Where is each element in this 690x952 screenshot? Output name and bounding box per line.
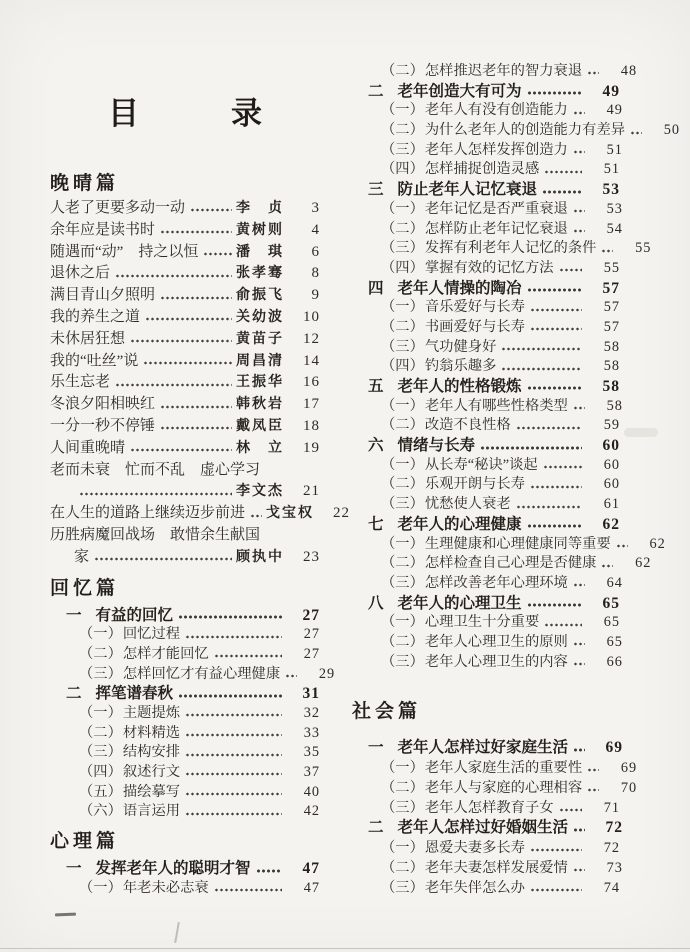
entry-number: （四） bbox=[381, 259, 424, 279]
entry-number: （二） bbox=[381, 633, 424, 653]
toc-entry: （三）怎样改善老年心理环境64 bbox=[352, 574, 620, 594]
entry-page: 57 bbox=[586, 279, 620, 299]
entry-number: （一） bbox=[381, 298, 424, 318]
toc-entry: 老而未衰 忙而不乱 虚心学习 bbox=[50, 460, 320, 482]
dot-leader bbox=[587, 764, 599, 776]
dot-leader bbox=[79, 488, 232, 500]
entry-number: （二） bbox=[381, 220, 424, 240]
entry-page: 53 bbox=[586, 180, 620, 200]
entry-author: 林 立 bbox=[236, 438, 284, 460]
entry-page: 59 bbox=[586, 416, 620, 436]
entry-page: 60 bbox=[586, 456, 620, 476]
dot-leader bbox=[530, 481, 582, 493]
entry-title: 一分一秒不停锤 bbox=[50, 416, 155, 438]
entry-title: 人间重晚晴 bbox=[50, 438, 125, 460]
entry-number: （二） bbox=[381, 62, 424, 82]
entry-page: 65 bbox=[586, 594, 620, 614]
dot-leader bbox=[530, 323, 582, 335]
entry-title: 发挥有利老年人记忆的条件 bbox=[425, 239, 597, 259]
entry-number: （三） bbox=[79, 743, 122, 763]
dot-leader bbox=[130, 444, 232, 456]
entry-number: 四 bbox=[368, 279, 384, 299]
entry-title: 气功健身好 bbox=[425, 338, 496, 358]
dot-leader bbox=[214, 884, 282, 896]
entry-page: 61 bbox=[586, 495, 620, 515]
entry-number: （二） bbox=[79, 645, 122, 665]
entry-title: 满目青山夕照明 bbox=[50, 285, 155, 307]
entry-number: 八 bbox=[368, 594, 384, 614]
toc-entry: （二）怎样检查自己心理是否健康62 bbox=[352, 554, 620, 574]
entry-title: 钓翁乐趣多 bbox=[425, 357, 496, 377]
entry-title: 家 bbox=[74, 547, 89, 569]
entry-title: 主题提炼 bbox=[123, 704, 180, 724]
entry-author: 俞振飞 bbox=[236, 285, 284, 307]
entry-author: 张孝骞 bbox=[236, 263, 284, 285]
entry-title: 怎样捕捉创造灵感 bbox=[425, 160, 539, 180]
dot-leader bbox=[185, 709, 282, 721]
dot-leader bbox=[573, 146, 585, 158]
entry-page: 69 bbox=[589, 738, 623, 758]
entry-title: 怎样推迟老年的智力衰退 bbox=[425, 62, 582, 82]
entry-page: 33 bbox=[286, 724, 320, 744]
entry-title: 老年人有没有创造能力 bbox=[425, 101, 568, 121]
dot-leader bbox=[160, 226, 232, 238]
toc-entry: （一）生理健康和心理健康同等重要62 bbox=[352, 535, 620, 555]
entry-page: 57 bbox=[586, 298, 620, 318]
scanned-page: 目 录 晚晴篇人老了更要多动一动李 贞3余年应是读书时黄树则4随遇而“动” 持之… bbox=[0, 0, 690, 952]
dot-leader bbox=[185, 729, 282, 741]
entry-author: 李文杰 bbox=[236, 481, 284, 503]
dot-leader bbox=[573, 579, 585, 591]
entry-page: 58 bbox=[589, 397, 623, 417]
scan-artifact-bottom-line bbox=[0, 948, 690, 949]
dot-leader bbox=[573, 824, 585, 836]
entry-page: 55 bbox=[617, 239, 651, 259]
entry-number: （三） bbox=[381, 574, 424, 594]
dot-leader bbox=[143, 357, 232, 369]
dot-leader bbox=[516, 422, 582, 434]
dot-leader bbox=[559, 264, 582, 276]
dot-leader bbox=[185, 768, 282, 780]
entry-number: （一） bbox=[381, 758, 424, 778]
entry-author: 戴凤臣 bbox=[236, 416, 284, 438]
entry-title: 掌握有效的记忆方法 bbox=[425, 259, 554, 279]
toc-entry: 人老了更要多动一动李 贞3 bbox=[50, 198, 320, 220]
toc-entry: （三）气功健身好58 bbox=[352, 338, 620, 358]
entry-title: 改造不良性格 bbox=[425, 416, 511, 436]
toc-entry: 在人生的道路上继续迈步前进戈宝权22 bbox=[50, 503, 320, 525]
entry-page: 6 bbox=[286, 242, 320, 264]
entry-title: 未休居狂想 bbox=[50, 329, 125, 351]
toc-entry: 二老年人怎样过好婚姻生活72 bbox=[352, 818, 620, 838]
entry-page: 57 bbox=[586, 318, 620, 338]
dot-leader bbox=[501, 363, 582, 375]
page-title: 目 录 bbox=[108, 96, 320, 132]
section-header: 晚晴篇 bbox=[50, 172, 320, 196]
entry-page: 53 bbox=[589, 200, 623, 220]
entry-number: （一） bbox=[381, 613, 424, 633]
entry-page: 65 bbox=[589, 633, 623, 653]
entry-title: 老年人心理卫生的原则 bbox=[425, 633, 568, 653]
entry-title: 乐生忘老 bbox=[50, 372, 110, 394]
entry-title: 老年人怎样过好家庭生活 bbox=[398, 738, 569, 758]
entry-number: （二） bbox=[381, 416, 424, 436]
dot-leader bbox=[203, 248, 232, 260]
entry-title: 语言运用 bbox=[123, 802, 180, 822]
entry-title: 老年人与家庭的心理相容 bbox=[425, 778, 582, 798]
entry-title: 人老了更要多动一动 bbox=[50, 198, 185, 220]
dot-leader bbox=[542, 185, 582, 197]
entry-page: 47 bbox=[286, 859, 320, 879]
toc-lines: 一发挥老年人的聪明才智47（一）年老未必志衰47 bbox=[50, 859, 320, 898]
toc-entry: （一）老年人有哪些性格类型58 bbox=[352, 397, 620, 417]
dot-leader bbox=[573, 225, 585, 237]
dot-leader bbox=[573, 658, 585, 670]
dot-leader bbox=[587, 784, 599, 796]
entry-page: 58 bbox=[586, 357, 620, 377]
entry-title: 为什么老年人的创造能力有差异 bbox=[425, 121, 625, 141]
entry-number: （一） bbox=[381, 101, 424, 121]
toc-right-column: （二）怎样推迟老年的智力衰退48二老年创造大有可为49（一）老年人有没有创造能力… bbox=[352, 0, 620, 898]
toc-entry: （四）怎样捕捉创造灵感51 bbox=[352, 160, 620, 180]
toc-entry: 七老年人的心理健康62 bbox=[352, 515, 620, 535]
entry-number: 二 bbox=[368, 818, 384, 838]
entry-title: 冬浪夕阳相映红 bbox=[50, 394, 155, 416]
toc-entry: 一有益的回忆27 bbox=[50, 606, 320, 626]
dot-leader bbox=[601, 245, 613, 257]
dot-leader bbox=[256, 864, 282, 876]
entry-title: 老年人的心理卫生 bbox=[398, 594, 522, 614]
entry-author: 戈宝权 bbox=[266, 503, 314, 525]
entry-page: 27 bbox=[286, 606, 320, 626]
dot-leader bbox=[544, 166, 582, 178]
entry-number: （二） bbox=[79, 724, 122, 744]
entry-author: 黄树则 bbox=[236, 220, 284, 242]
dot-leader bbox=[573, 864, 585, 876]
dot-leader bbox=[527, 520, 582, 532]
entry-page: 64 bbox=[589, 574, 623, 594]
toc-entry: 随遇而“动” 持之以恒潘 琪6 bbox=[50, 242, 320, 264]
toc-entry: 未休居狂想黄苗子12 bbox=[50, 329, 320, 351]
entry-page: 37 bbox=[286, 763, 320, 783]
toc-section: （二）怎样推迟老年的智力衰退48二老年创造大有可为49（一）老年人有没有创造能力… bbox=[352, 62, 620, 672]
entry-page: 31 bbox=[286, 684, 320, 704]
entry-page: 71 bbox=[586, 798, 620, 818]
toc-entry: （一）回忆过程27 bbox=[50, 625, 320, 645]
toc-entry: 余年应是读书时黄树则4 bbox=[50, 220, 320, 242]
entry-page: 23 bbox=[286, 547, 320, 569]
entry-page: 51 bbox=[586, 160, 620, 180]
toc-entry: （三）忧愁使人衰老61 bbox=[352, 495, 620, 515]
toc-entry: （二）老年夫妻怎样发展爱情73 bbox=[352, 858, 620, 878]
entry-title: 怎样回忆才有益心理健康 bbox=[123, 665, 280, 685]
section-header: 社会篇 bbox=[352, 699, 620, 725]
dot-leader bbox=[527, 599, 582, 611]
entry-title: 音乐爱好与长寿 bbox=[425, 298, 525, 318]
toc-entry: （一）从长寿“秘诀”谈起60 bbox=[352, 456, 620, 476]
entry-number: 五 bbox=[368, 377, 384, 397]
entry-title: 挥笔谱春秋 bbox=[96, 684, 174, 704]
scan-artifact-slash bbox=[174, 922, 180, 943]
toc-section: 心理篇一发挥老年人的聪明才智47（一）年老未必志衰47 bbox=[50, 830, 320, 898]
entry-title: 老年创造大有可为 bbox=[398, 82, 522, 102]
toc-entry: （二）怎样才能回忆27 bbox=[50, 645, 320, 665]
entry-page: 42 bbox=[286, 802, 320, 822]
entry-page: 17 bbox=[286, 394, 320, 416]
entry-page: 9 bbox=[286, 285, 320, 307]
entry-page: 40 bbox=[286, 783, 320, 803]
entry-title: 从长寿“秘诀”谈起 bbox=[425, 456, 538, 476]
entry-author: 黄苗子 bbox=[236, 329, 284, 351]
entry-page: 66 bbox=[589, 653, 623, 673]
entry-number: （一） bbox=[79, 879, 122, 899]
entry-title: 描绘摹写 bbox=[123, 783, 180, 803]
entry-page: 10 bbox=[286, 307, 320, 329]
entry-title: 年老未必志衰 bbox=[123, 879, 209, 899]
toc-entry: （一）主题提炼32 bbox=[50, 704, 320, 724]
toc-entry: 退休之后张孝骞8 bbox=[50, 263, 320, 285]
entry-page: 49 bbox=[589, 101, 623, 121]
dot-leader bbox=[214, 650, 282, 662]
entry-number: （一） bbox=[381, 535, 424, 555]
toc-entry: 一分一秒不停锤戴凤臣18 bbox=[50, 416, 320, 438]
entry-title: 随遇而“动” 持之以恒 bbox=[50, 242, 198, 264]
entry-page: 35 bbox=[286, 743, 320, 763]
toc-entry: （三）结构安排35 bbox=[50, 743, 320, 763]
entry-title: 老年人的心理健康 bbox=[398, 515, 522, 535]
toc-entry: （五）描绘摹写40 bbox=[50, 783, 320, 803]
entry-title: 叙述行文 bbox=[123, 763, 180, 783]
toc-entry: （二）怎样防止老年记忆衰退54 bbox=[352, 220, 620, 240]
entry-page: 18 bbox=[286, 416, 320, 438]
section-header: 回忆篇 bbox=[50, 577, 320, 601]
entry-title: 老年人有哪些性格类型 bbox=[425, 397, 568, 417]
entry-page: 55 bbox=[586, 259, 620, 279]
entry-author: 王振华 bbox=[236, 372, 284, 394]
entry-page: 12 bbox=[286, 329, 320, 351]
dot-leader bbox=[160, 401, 232, 413]
entry-number: （六） bbox=[79, 802, 122, 822]
dot-leader bbox=[527, 87, 582, 99]
entry-number: （二） bbox=[381, 778, 424, 798]
entry-title: 心理卫生十分重要 bbox=[425, 613, 539, 633]
entry-title: 老年人怎样发挥创造力 bbox=[425, 141, 568, 161]
entry-author: 周昌清 bbox=[236, 351, 284, 373]
entry-title: 在人生的道路上继续迈步前进 bbox=[50, 503, 245, 525]
toc-entry: （三）怎样回忆才有益心理健康29 bbox=[50, 665, 320, 685]
entry-page: 27 bbox=[286, 645, 320, 665]
entry-number: （一） bbox=[381, 838, 424, 858]
entry-number: （一） bbox=[79, 625, 122, 645]
toc-entry: （二）改造不良性格59 bbox=[352, 416, 620, 436]
entry-page: 62 bbox=[617, 554, 651, 574]
toc-entry: 家顾执中23 bbox=[50, 547, 320, 569]
entry-number: （二） bbox=[381, 858, 424, 878]
entry-title: 老年夫妻怎样发展爱情 bbox=[425, 858, 568, 878]
toc-left-column: 目 录 晚晴篇人老了更要多动一动李 贞3余年应是读书时黄树则4随遇而“动” 持之… bbox=[50, 0, 320, 898]
dot-leader bbox=[160, 422, 232, 434]
dot-leader bbox=[115, 270, 232, 282]
toc-entry: 我的“吐丝”说周昌清14 bbox=[50, 351, 320, 373]
toc-section: 晚晴篇人老了更要多动一动李 贞3余年应是读书时黄树则4随遇而“动” 持之以恒潘 … bbox=[50, 172, 320, 569]
dot-leader bbox=[480, 441, 582, 453]
entry-page: 69 bbox=[603, 758, 637, 778]
toc-entry: 五老年人的性格锻炼58 bbox=[352, 377, 620, 397]
entry-number: （三） bbox=[79, 665, 122, 685]
toc-entry: （二）老年人与家庭的心理相容70 bbox=[352, 778, 620, 798]
entry-page: 21 bbox=[286, 481, 320, 503]
toc-entry: （二）怎样推迟老年的智力衰退48 bbox=[352, 62, 620, 82]
toc-entry: （一）心理卫生十分重要65 bbox=[352, 613, 620, 633]
entry-page: 74 bbox=[586, 878, 620, 898]
entry-number: （二） bbox=[381, 121, 424, 141]
entry-page: 70 bbox=[603, 778, 637, 798]
toc-entry: 八老年人的心理卫生65 bbox=[352, 594, 620, 614]
dot-leader bbox=[573, 638, 585, 650]
dot-leader bbox=[573, 205, 585, 217]
toc-entry: （一）年老未必志衰47 bbox=[50, 879, 320, 899]
toc-section: 社会篇一老年人怎样过好家庭生活69（一）老年人家庭生活的重要性69（二）老年人与… bbox=[352, 699, 620, 898]
entry-author: 潘 琪 bbox=[236, 242, 284, 264]
dot-leader bbox=[115, 379, 232, 391]
entry-page: 27 bbox=[286, 625, 320, 645]
entry-page: 50 bbox=[646, 121, 680, 141]
dot-leader bbox=[185, 808, 282, 820]
entry-page: 73 bbox=[589, 858, 623, 878]
entry-number: （一） bbox=[79, 704, 122, 724]
entry-title: 书画爱好与长寿 bbox=[425, 318, 525, 338]
dot-leader bbox=[601, 560, 613, 572]
entry-title: 材料精选 bbox=[123, 724, 180, 744]
toc-entry: （三）老年失伴怎么办74 bbox=[352, 878, 620, 898]
entry-title: 老年人家庭生活的重要性 bbox=[425, 758, 582, 778]
toc-lines: 一老年人怎样过好家庭生活69（一）老年人家庭生活的重要性69（二）老年人与家庭的… bbox=[352, 738, 620, 898]
toc-entry: 一发挥老年人的聪明才智47 bbox=[50, 859, 320, 879]
dot-leader bbox=[544, 619, 582, 631]
entry-number: 一 bbox=[66, 606, 82, 626]
entry-page: 32 bbox=[286, 704, 320, 724]
entry-title: 老年记忆是否严重衰退 bbox=[425, 200, 568, 220]
dot-leader bbox=[178, 690, 282, 702]
dot-leader bbox=[573, 744, 585, 756]
toc-entry: （二）书画爱好与长寿57 bbox=[352, 318, 620, 338]
dot-leader bbox=[160, 292, 232, 304]
dot-leader bbox=[501, 343, 582, 355]
entry-title: 怎样检查自己心理是否健康 bbox=[425, 554, 597, 574]
toc-entry: 乐生忘老王振华16 bbox=[50, 372, 320, 394]
entry-title: 老年人怎样教育子女 bbox=[425, 798, 554, 818]
entry-title: 情绪与长寿 bbox=[398, 436, 476, 456]
toc-lines: 人老了更要多动一动李 贞3余年应是读书时黄树则4随遇而“动” 持之以恒潘 琪6退… bbox=[50, 198, 320, 569]
entry-page: 8 bbox=[286, 263, 320, 285]
dot-leader bbox=[250, 510, 262, 522]
entry-author: 韩秋岩 bbox=[236, 394, 284, 416]
dot-leader bbox=[559, 804, 582, 816]
entry-title: 发挥老年人的聪明才智 bbox=[96, 859, 251, 879]
entry-number: （三） bbox=[381, 239, 424, 259]
toc-lines: （二）怎样推迟老年的智力衰退48二老年创造大有可为49（一）老年人有没有创造能力… bbox=[352, 62, 620, 672]
dot-leader bbox=[573, 107, 585, 119]
toc-entry: （四）钓翁乐趣多58 bbox=[352, 357, 620, 377]
entry-page: 72 bbox=[586, 838, 620, 858]
entry-page: 65 bbox=[586, 613, 620, 633]
toc-entry: 历胜病魔回战场 敢惜余生献国 bbox=[50, 525, 320, 547]
entry-title: 老年人怎样过好婚姻生活 bbox=[398, 818, 569, 838]
toc-entry: 四老年人情操的陶冶57 bbox=[352, 279, 620, 299]
entry-page: 22 bbox=[316, 503, 350, 525]
entry-title: 结构安排 bbox=[123, 743, 180, 763]
entry-number: （一） bbox=[381, 456, 424, 476]
entry-page: 54 bbox=[589, 220, 623, 240]
scan-artifact-dash bbox=[55, 913, 76, 917]
entry-number: （四） bbox=[381, 357, 424, 377]
toc-entry: （三）老年人心理卫生的内容66 bbox=[352, 653, 620, 673]
scan-artifact-smudge bbox=[624, 428, 658, 437]
entry-number: 三 bbox=[368, 180, 384, 200]
entry-page: 47 bbox=[286, 879, 320, 899]
entry-page: 62 bbox=[586, 515, 620, 535]
entry-number: （一） bbox=[381, 397, 424, 417]
entry-author: 顾执中 bbox=[236, 547, 284, 569]
toc-entry: （四）叙述行文37 bbox=[50, 763, 320, 783]
toc-section: 回忆篇一有益的回忆27（一）回忆过程27（二）怎样才能回忆27（三）怎样回忆才有… bbox=[50, 577, 320, 823]
dot-leader bbox=[190, 204, 232, 216]
toc-entry: 满目青山夕照明俞振飞9 bbox=[50, 285, 320, 307]
dot-leader bbox=[543, 461, 582, 473]
entry-page: 62 bbox=[632, 535, 666, 555]
dot-leader bbox=[145, 313, 232, 325]
toc-entry: （二）老年人心理卫生的原则65 bbox=[352, 633, 620, 653]
toc-entry: 冬浪夕阳相映红韩秋岩17 bbox=[50, 394, 320, 416]
entry-number: （三） bbox=[381, 878, 424, 898]
entry-number: （二） bbox=[381, 318, 424, 338]
dot-leader bbox=[178, 611, 282, 623]
toc-lines: 一有益的回忆27（一）回忆过程27（二）怎样才能回忆27（三）怎样回忆才有益心理… bbox=[50, 606, 320, 823]
entry-title: 怎样改善老年心理环境 bbox=[425, 574, 568, 594]
entry-page: 19 bbox=[286, 438, 320, 460]
entry-number: 六 bbox=[368, 436, 384, 456]
entry-title: 老年失伴怎么办 bbox=[425, 878, 525, 898]
toc-entry: 三防止老年人记忆衰退53 bbox=[352, 180, 620, 200]
entry-author: 关幼波 bbox=[236, 307, 284, 329]
toc-entry: （三）发挥有利老年人记忆的条件55 bbox=[352, 239, 620, 259]
entry-title: 老而未衰 忙而不乱 虚心学习 bbox=[50, 460, 260, 482]
entry-number: （四） bbox=[79, 763, 122, 783]
entry-title: 恩爱夫妻多长寿 bbox=[425, 838, 525, 858]
section-header: 心理篇 bbox=[50, 830, 320, 854]
entry-number: （二） bbox=[381, 554, 424, 574]
toc-entry: 我的养生之道关幼波10 bbox=[50, 307, 320, 329]
entry-author: 李 贞 bbox=[236, 198, 284, 220]
dot-leader bbox=[527, 284, 582, 296]
entry-page: 48 bbox=[603, 62, 637, 82]
entry-title: 老年人情操的陶冶 bbox=[398, 279, 522, 299]
dot-leader bbox=[516, 500, 582, 512]
toc-entry: （一）老年人有没有创造能力49 bbox=[352, 101, 620, 121]
entry-page: 58 bbox=[586, 377, 620, 397]
entry-number: （三） bbox=[381, 338, 424, 358]
entry-number: 一 bbox=[66, 859, 82, 879]
dot-leader bbox=[94, 553, 232, 565]
toc-entry: 人间重晚晴林 立19 bbox=[50, 438, 320, 460]
dot-leader bbox=[285, 670, 297, 682]
entry-number: （三） bbox=[381, 798, 424, 818]
entry-page: 72 bbox=[589, 818, 623, 838]
entry-title: 历胜病魔回战场 敢惜余生献国 bbox=[50, 525, 260, 547]
dot-leader bbox=[573, 402, 585, 414]
entry-title: 怎样防止老年记忆衰退 bbox=[425, 220, 568, 240]
entry-title: 我的“吐丝”说 bbox=[50, 351, 138, 373]
